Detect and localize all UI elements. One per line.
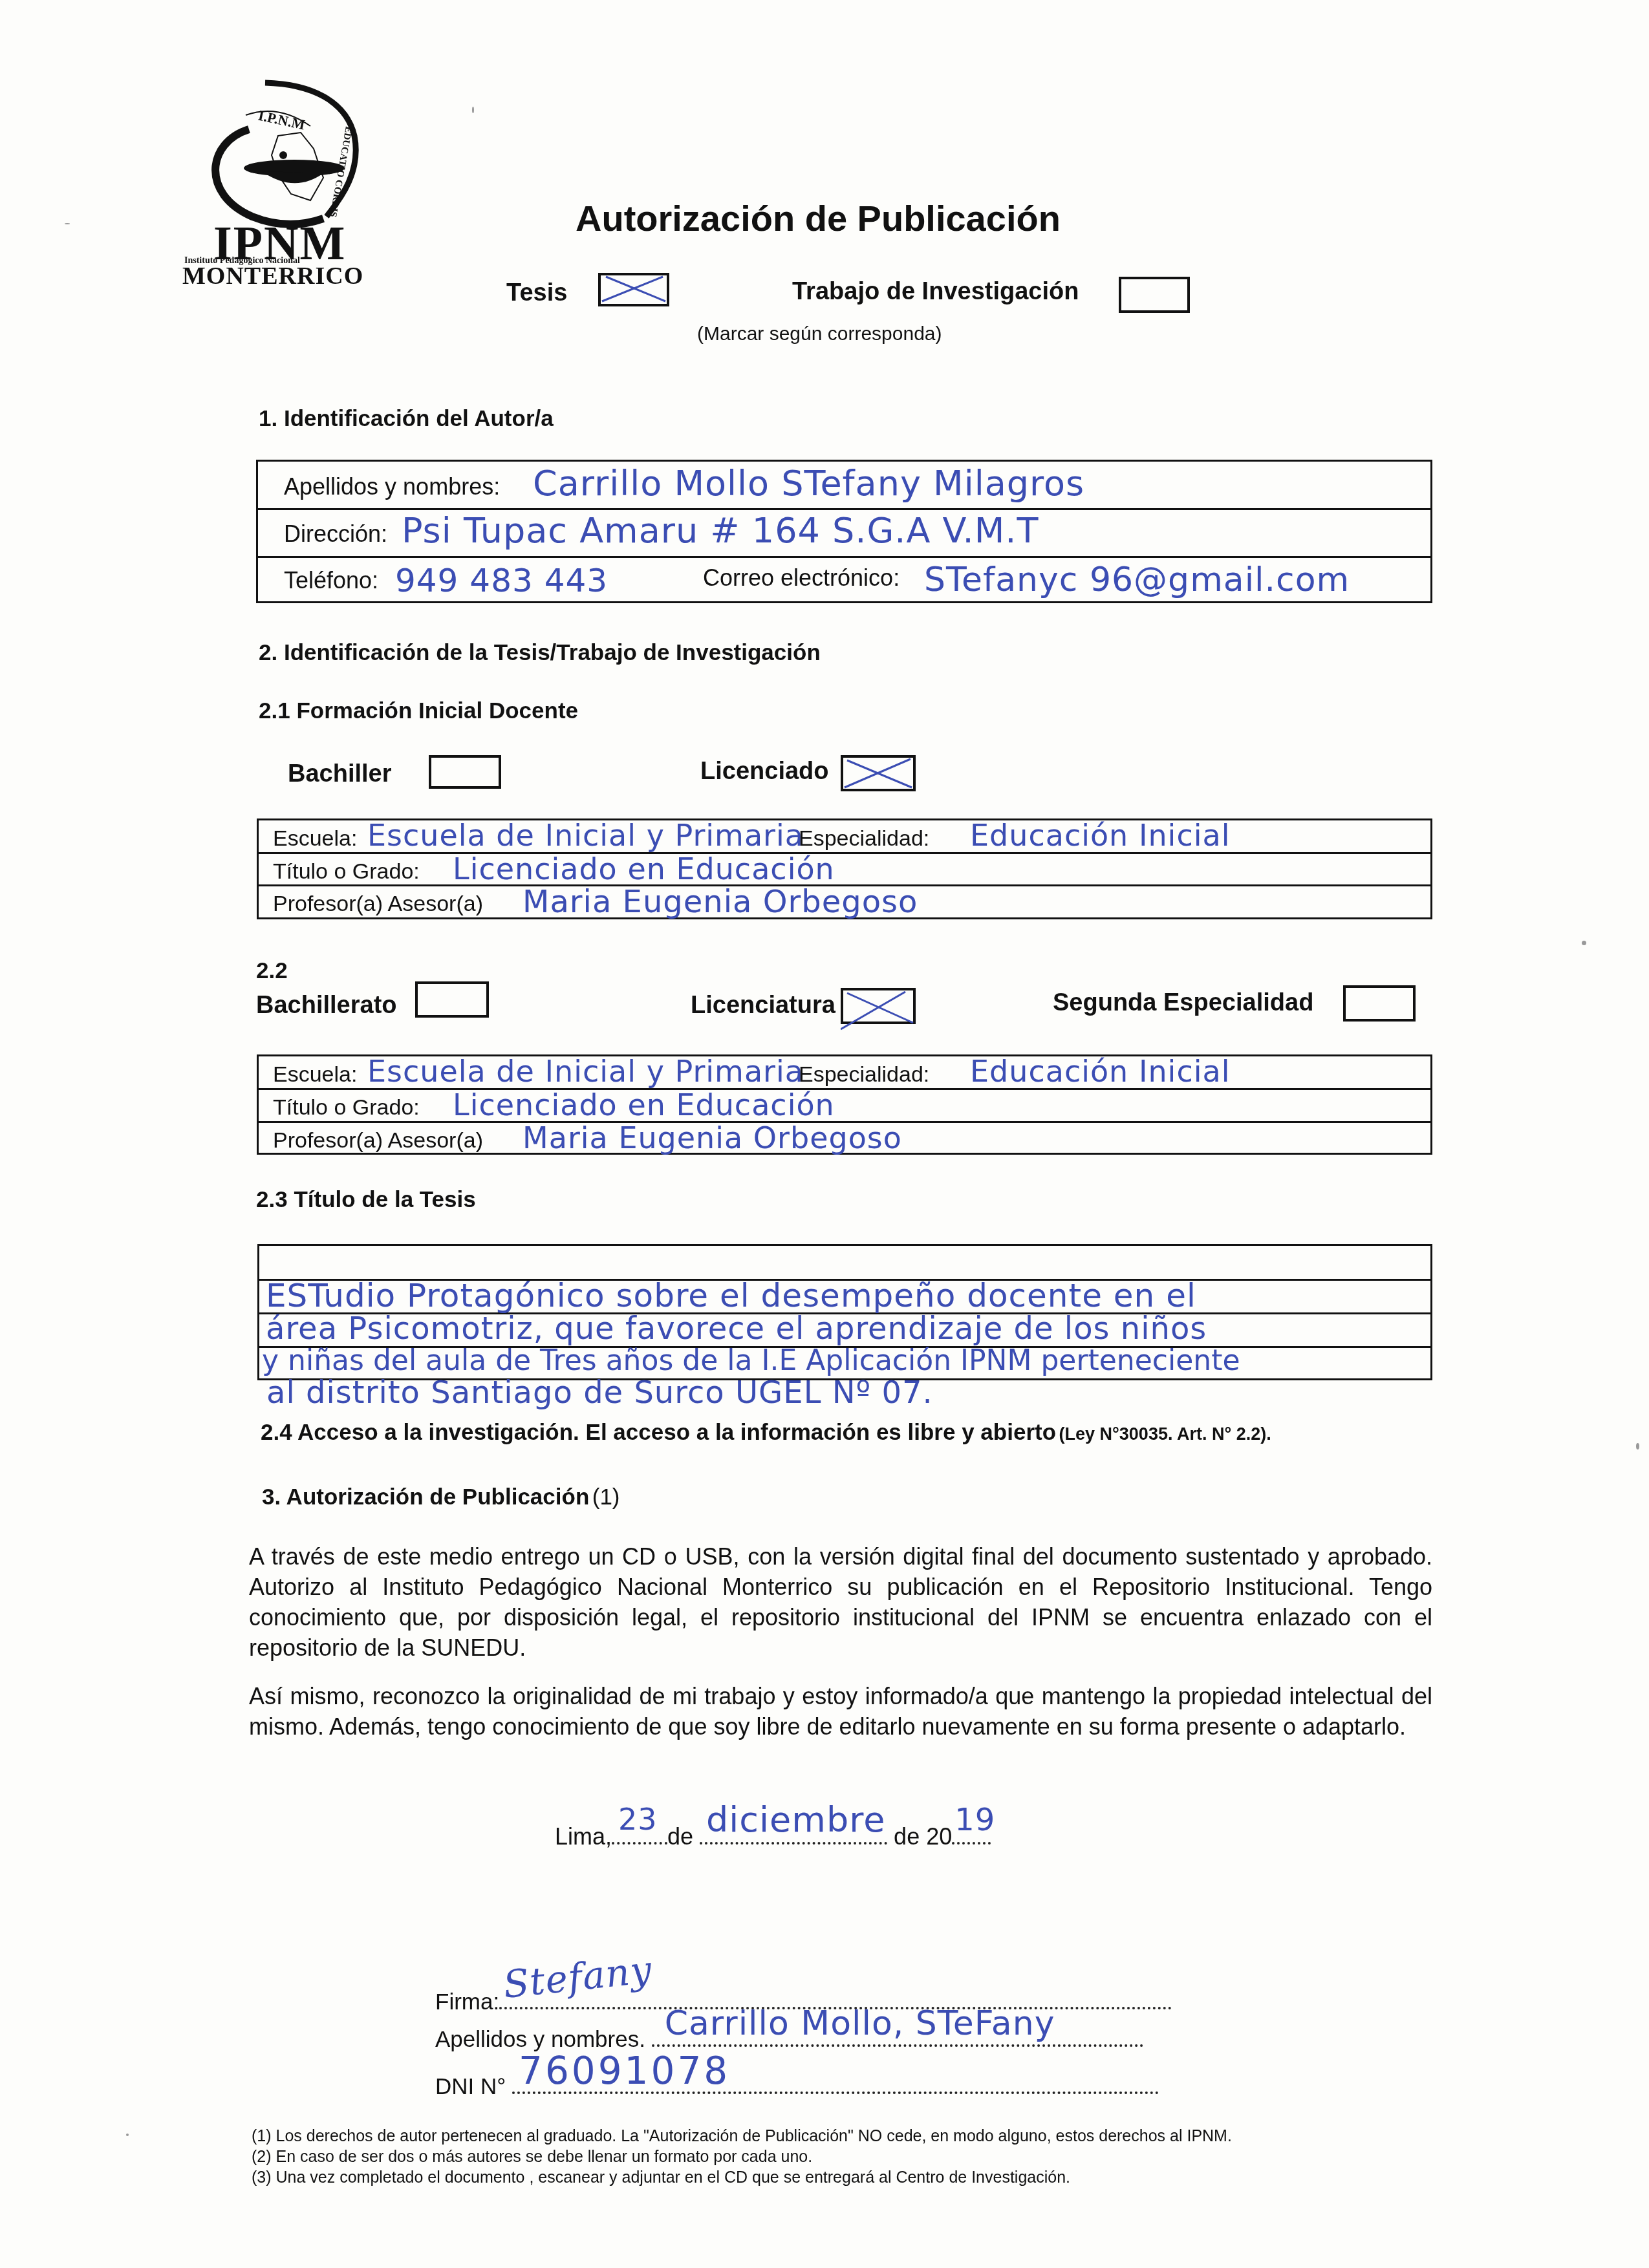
month-value: diciembre [706,1799,885,1840]
footnote-2: (2) En caso de ser dos o más autores se … [252,2148,812,2166]
option-licenciatura-checkbox[interactable] [841,988,916,1024]
phone-field[interactable]: 949 483 443 [395,562,608,599]
scan-speck [126,2134,129,2136]
signature-names-field[interactable]: Carrillo Mollo, STeFany [652,2040,1143,2047]
section23-heading: 2.3 Título de la Tesis [256,1187,476,1213]
option-bachiller-checkbox[interactable] [429,755,501,789]
section2-heading: 2. Identificación de la Tesis/Trabajo de… [259,640,821,666]
section22-heading: 2.2 [256,958,288,984]
address-field[interactable]: Psi Tupac Amaru # 164 S.G.A V.M.T [402,510,1039,551]
phone-label: Teléfono: [284,567,378,594]
x-mark-icon [841,755,916,791]
author-contact-row: Teléfono: 949 483 443 Correo electrónico… [258,558,1430,603]
option-segunda-especialidad-checkbox[interactable] [1343,985,1416,1022]
option-tesis-label: Tesis [506,279,567,307]
date-line: Lima,23de diciembre de 2019 [555,1823,991,1850]
option-trabajo-label: Trabajo de Investigación [792,278,1079,306]
section3-heading: 3. Autorización de Publicación (1) [262,1484,620,1510]
formacion-inicial-table: Escuela: Escuela de Inicial y Primaria E… [257,818,1432,919]
licenciatura-table: Escuela: Escuela de Inicial y Primaria E… [257,1054,1432,1155]
date-de-1: de [667,1823,693,1850]
asesor-field[interactable]: Maria Eugenia Orbegoso [523,884,918,920]
thesis-title-row: área Psicomotriz, que favorece el aprend… [259,1314,1430,1348]
scan-speck [1582,941,1586,945]
thesis-title-row [259,1246,1430,1281]
access-law: (Ley N°30035. Art. N° 2.2). [1059,1424,1271,1444]
thesis-title-row: ESTudio Protagónico sobre el desempeño d… [259,1281,1430,1314]
footnote-3: (3) Una vez completado el documento , es… [252,2168,1070,2187]
logo-city: MONTERRICO [182,262,363,290]
footnote-1: (1) Los derechos de autor pertenecen al … [252,2127,1232,2146]
year-field[interactable]: 19 [952,1837,991,1845]
year-value: 19 [954,1802,995,1838]
thesis-title-line-2[interactable]: área Psicomotriz, que favorece el aprend… [266,1311,1207,1347]
thesis-title-line-3[interactable]: y niñas del aula de Tres años de la I.E … [262,1344,1240,1377]
especialidad-field[interactable]: Educación Inicial [970,1054,1230,1089]
signature-value: Stefany [501,1947,654,2007]
day-field[interactable]: 23 [612,1837,667,1845]
escuela-label: Escuela: [273,1062,357,1087]
scan-speck [65,223,70,224]
especialidad-label: Especialidad: [799,826,929,851]
scan-speck [472,107,474,113]
dni-value: 76091078 [519,2049,730,2093]
option-bachillerato-checkbox[interactable] [415,981,489,1018]
option-trabajo-checkbox[interactable] [1119,277,1190,313]
asesor-row: Profesor(a) Asesor(a) Maria Eugenia Orbe… [259,1123,1430,1155]
signature-names-value: Carrillo Mollo, STeFany [665,2004,1055,2043]
thesis-title-line-1[interactable]: ESTudio Protagónico sobre el desempeño d… [266,1277,1196,1314]
escuela-field[interactable]: Escuela de Inicial y Primaria [367,1054,804,1089]
dni-row: DNI N° 76091078 [435,2074,1159,2100]
firma-label: Firma: [435,1989,499,2015]
page-title: Autorización de Publicación [576,197,1061,239]
date-de-2: de 20 [894,1823,952,1850]
escuela-field[interactable]: Escuela de Inicial y Primaria [367,818,804,853]
svg-text:I.P.N.M: I.P.N.M [257,107,307,133]
day-value: 23 [618,1802,658,1837]
dni-label: DNI N° [435,2074,506,2099]
escuela-row: Escuela: Escuela de Inicial y Primaria E… [259,820,1430,854]
escuela-label: Escuela: [273,826,357,851]
date-prefix: Lima, [555,1823,612,1850]
author-names-row: Apellidos y nombres: Carrillo Mollo STef… [258,462,1430,510]
section3-heading-note: (1) [592,1484,620,1510]
titulo-label: Título o Grado: [273,859,420,884]
address-label: Dirección: [284,520,387,548]
email-field[interactable]: STefanyc 96@gmail.com [924,561,1350,599]
asesor-row: Profesor(a) Asesor(a) Maria Eugenia Orbe… [259,886,1430,919]
scan-speck [1636,1443,1639,1450]
section21-heading: 2.1 Formación Inicial Docente [259,698,578,724]
access-text: 2.4 Acceso a la investigación. El acceso… [261,1420,1056,1445]
x-mark-icon [841,988,916,1031]
section1-heading: 1. Identificación del Autor/a [259,406,554,432]
asesor-field[interactable]: Maria Eugenia Orbegoso [523,1120,902,1155]
dni-field[interactable]: 76091078 [512,2088,1159,2094]
section3-heading-text: 3. Autorización de Publicación [262,1484,589,1510]
author-address-row: Dirección: Psi Tupac Amaru # 164 S.G.A V… [258,510,1430,558]
escuela-row: Escuela: Escuela de Inicial y Primaria E… [259,1056,1430,1090]
month-field[interactable]: diciembre [700,1837,887,1845]
titulo-field[interactable]: Licenciado en Educación [453,851,835,886]
option-bachiller-label: Bachiller [288,760,392,788]
originality-paragraph: Así mismo, reconozco la originalidad de … [249,1681,1432,1742]
author-table: Apellidos y nombres: Carrillo Mollo STef… [256,460,1432,603]
titulo-label: Título o Grado: [273,1095,420,1120]
asesor-label: Profesor(a) Asesor(a) [273,892,483,917]
thesis-title-line-4[interactable]: al distrito Santiago de Surco UGEL Nº 07… [266,1375,933,1411]
titulo-row: Título o Grado: Licenciado en Educación [259,854,1430,886]
option-bachillerato-label: Bachillerato [256,992,397,1020]
titulo-field[interactable]: Licenciado en Educación [453,1087,835,1122]
especialidad-field[interactable]: Educación Inicial [970,818,1230,853]
authorization-paragraph: A través de este medio entrego un CD o U… [249,1541,1432,1663]
email-label: Correo electrónico: [703,564,900,592]
access-statement: 2.4 Acceso a la investigación. El acceso… [261,1420,1271,1446]
option-segunda-especialidad-label: Segunda Especialidad [1053,989,1313,1017]
asesor-label: Profesor(a) Asesor(a) [273,1128,483,1153]
option-tesis-checkbox[interactable] [598,273,669,306]
marking-note: (Marcar según corresponda) [697,323,942,345]
x-mark-icon [598,273,669,306]
thesis-title-table: ESTudio Protagónico sobre el desempeño d… [257,1244,1432,1380]
names-field[interactable]: Carrillo Mollo STefany Milagros [533,463,1084,504]
names-label: Apellidos y nombres: [284,473,500,500]
titulo-row: Título o Grado: Licenciado en Educación [259,1090,1430,1123]
option-licenciatura-label: Licenciatura [691,992,835,1020]
option-licenciado-checkbox[interactable] [841,755,916,791]
option-licenciado-label: Licenciado [700,758,829,786]
especialidad-label: Especialidad: [799,1062,929,1087]
